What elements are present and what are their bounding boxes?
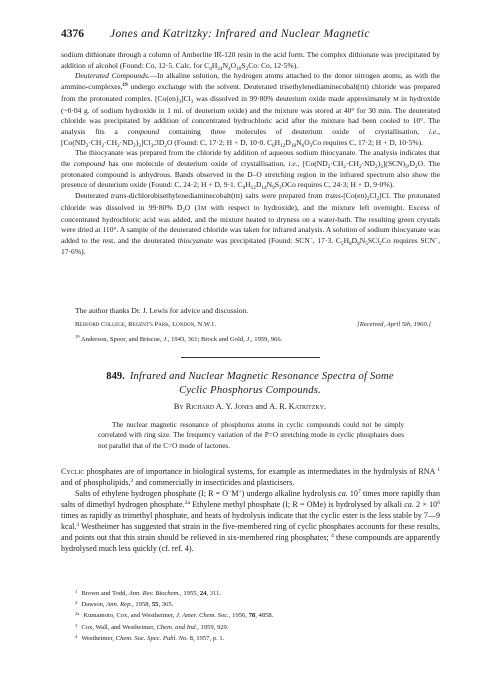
running-title: Jones and Katritzky: Infrared and Nuclea… xyxy=(110,28,370,40)
article-divider xyxy=(181,357,320,358)
byline: By Richard A. Y. Jones and A. R. Katritz… xyxy=(60,402,440,411)
footnotes: 1Brown and Todd, Ann. Rev. Biochem., 195… xyxy=(75,587,435,643)
body-paragraph: Salts of ethylene hydrogen phosphate (I;… xyxy=(61,489,440,555)
footnote: 4Westheimer, Chem. Soc. Spec. Publ. No. … xyxy=(75,632,435,643)
author-name: A. R. Katritzky. xyxy=(269,402,326,411)
author-name: Richard A. Y. Jones xyxy=(186,402,254,411)
received-date: [Received, April 5th, 1960.] xyxy=(357,321,431,328)
page-number: 4376 xyxy=(61,28,84,40)
article-number: 849. xyxy=(106,371,125,382)
acknowledgement: The author thanks Dr. J. Lewis for advic… xyxy=(75,306,248,315)
previous-article-text: sodium dithionate through a column of Am… xyxy=(61,50,440,257)
affiliation-line: Bedford College, Regent's Park, London, … xyxy=(75,321,431,328)
footnote: 3Cox, Wall, and Westheimer, Chem. and In… xyxy=(75,621,435,632)
paragraph-trans-dichloro: Deuterated trans-dichlorobisethylenediam… xyxy=(61,191,440,257)
body-paragraph: Cyclic phosphates are of importance in b… xyxy=(61,467,440,489)
footnote: 2aKumamoto, Cox, and Westheimer, J. Amer… xyxy=(75,609,435,620)
journal-page: 4376 Jones and Katritzky: Infrared and N… xyxy=(0,0,500,679)
running-head: 4376 Jones and Katritzky: Infrared and N… xyxy=(61,28,441,42)
footnote: 1Brown and Todd, Ann. Rev. Biochem., 195… xyxy=(75,587,435,598)
abstract: The nuclear magnetic resonance of phosph… xyxy=(98,420,404,451)
article-title: 849.Infrared and Nuclear Magnetic Resona… xyxy=(60,370,440,397)
paragraph-thiocyanate: The thiocyanate was prepared from the ch… xyxy=(61,148,440,191)
footnote: 2Dawson, Ann. Rep., 1958, 55, 365. xyxy=(75,598,435,609)
article-body: Cyclic phosphates are of importance in b… xyxy=(61,467,440,555)
section-heading: Deuterated Compounds. xyxy=(75,71,150,80)
affiliation: Bedford College, Regent's Park, London, … xyxy=(75,321,216,328)
footnote-19: 19 Anderson, Spoor, and Briscoe, J., 194… xyxy=(75,336,282,343)
paragraph-dithionate: sodium dithionate through a column of Am… xyxy=(61,50,440,71)
paragraph-deuterated-compounds: Deuterated Compounds.—In alkaline soluti… xyxy=(61,71,440,148)
